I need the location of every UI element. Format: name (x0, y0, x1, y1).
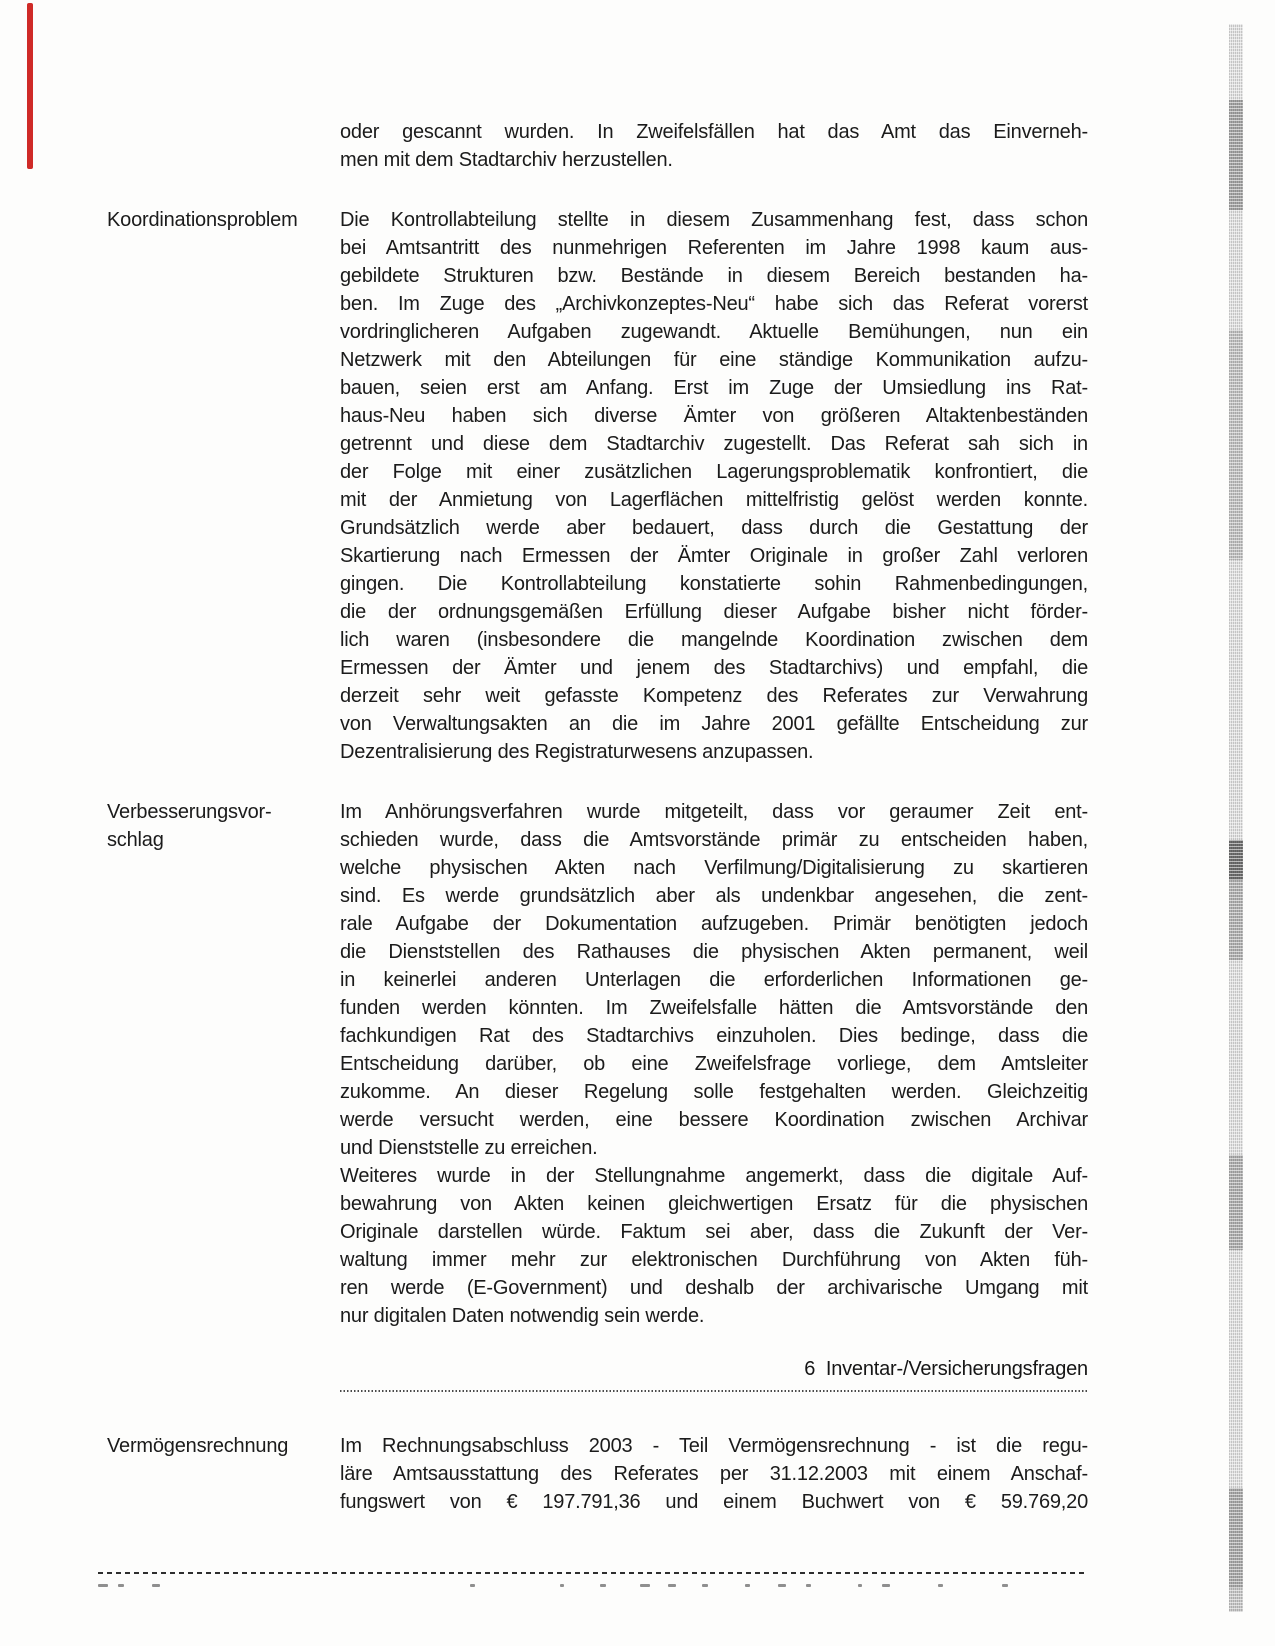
scan-noise-fragment (938, 1584, 943, 1587)
text-line: Koordinationsproblem (107, 206, 329, 234)
text-line: von Verwaltungsakten an die im Jahre 200… (340, 710, 1088, 738)
text-line: lich waren (insbesondere die mangelnde K… (340, 626, 1088, 654)
text-line: fungswert von € 197.791,36 und einem Buc… (340, 1488, 1088, 1516)
text-line: ben. Im Zuge des „Archivkonzeptes-Neu“ h… (340, 290, 1088, 318)
text-line: Skartierung nach Ermessen der Ämter Orig… (340, 542, 1088, 570)
text-line: oder gescannt wurden. In Zweifelsfällen … (340, 118, 1088, 146)
text-line: läre Amtsausstattung des Referates per 3… (340, 1460, 1088, 1488)
scan-noise-fragment (745, 1584, 750, 1587)
scan-noise-fragment (858, 1584, 862, 1587)
text-line: vordringlicheren Aufgaben zugewandt. Akt… (340, 318, 1088, 346)
scan-noise-fragment (1002, 1584, 1008, 1587)
scan-noise-fragment (560, 1584, 564, 1587)
paragraph-koordinationsproblem: Die Kontrollabteilung stellte in diesem … (340, 206, 1088, 766)
text-line: Im Anhörungsverfahren wurde mitgeteilt, … (340, 798, 1088, 826)
scanned-document-page: oder gescannt wurden. In Zweifelsfällen … (0, 0, 1275, 1646)
text-line: bauen, seien erst am Anfang. Erst im Zug… (340, 374, 1088, 402)
scan-noise-fragment (118, 1584, 124, 1587)
scan-noise-fragment (98, 1584, 108, 1587)
margin-label-koordinationsproblem: Koordinationsproblem (107, 206, 329, 234)
text-line: in keinerlei anderen Unterlagen die erfo… (340, 966, 1088, 994)
text-line: bewahrung von Akten keinen gleichwertige… (340, 1190, 1088, 1218)
scan-noise-fragment (778, 1584, 786, 1587)
text-line: zukomme. An dieser Regelung solle festge… (340, 1078, 1088, 1106)
text-line: funden werden könnten. Im Zweifelsfalle … (340, 994, 1088, 1022)
scan-noise-fragment (702, 1584, 708, 1587)
scan-noise-fragment (882, 1584, 890, 1587)
section-heading-inventar-versicherungsfragen: 6 Inventar-/Versicherungsfragen (340, 1358, 1088, 1390)
text-line: die Dienststellen des Rathauses die phys… (340, 938, 1088, 966)
text-line: Ermessen der Ämter und jenem des Stadtar… (340, 654, 1088, 682)
text-line: gebildete Strukturen bzw. Bestände in di… (340, 262, 1088, 290)
text-line: Grundsätzlich werde aber bedauert, dass … (340, 514, 1088, 542)
paragraph-vermoegensrechnung: Im Rechnungsabschluss 2003 - Teil Vermög… (340, 1432, 1088, 1516)
scan-noise-fragment (152, 1584, 160, 1587)
text-line: haus-Neu haben sich diverse Ämter von gr… (340, 402, 1088, 430)
scan-noise-segment (1229, 840, 1243, 880)
scan-noise-fragment (600, 1584, 606, 1587)
text-line: waltung immer mehr zur elektronischen Du… (340, 1246, 1088, 1274)
text-line: Im Rechnungsabschluss 2003 - Teil Vermög… (340, 1432, 1088, 1460)
scan-noise-segment (1229, 880, 1243, 960)
text-line: Entscheidung darüber, ob eine Zweifelsfr… (340, 1050, 1088, 1078)
scan-noise-segment (1229, 1488, 1243, 1588)
text-line: bei Amtsantritt des nunmehrigen Referent… (340, 234, 1088, 262)
text-line: welche physischen Akten nach Verfilmung/… (340, 854, 1088, 882)
scan-edge-noise-strip (1229, 24, 1243, 1612)
text-line: Netzwerk mit den Abteilungen für eine st… (340, 346, 1088, 374)
red-pen-scan-artifact (27, 3, 33, 169)
paragraph-continuation: oder gescannt wurden. In Zweifelsfällen … (340, 118, 1088, 174)
scan-noise-segment (1229, 100, 1243, 210)
text-line: schieden wurde, dass die Amtsvorstände p… (340, 826, 1088, 854)
scan-noise-fragment (470, 1584, 475, 1587)
scan-noise-segment (1229, 1588, 1243, 1612)
text-line: schlag (107, 826, 329, 854)
text-line: gingen. Die Kontrollabteilung konstatier… (340, 570, 1088, 598)
text-line: getrennt und diese dem Stadtarchiv zuges… (340, 430, 1088, 458)
scan-noise-fragment (806, 1584, 811, 1587)
text-line: und Dienststelle zu erreichen. (340, 1134, 1088, 1162)
text-line: Weiteres wurde in der Stellungnahme ange… (340, 1162, 1088, 1190)
scan-noise-segment (1229, 330, 1243, 560)
scan-noise-fragment (640, 1584, 650, 1587)
text-line: men mit dem Stadtarchiv herzustellen. (340, 146, 1088, 174)
text-line: mit der Anmietung von Lagerflächen mitte… (340, 486, 1088, 514)
text-line: ren werde (E-Government) und deshalb der… (340, 1274, 1088, 1302)
cutoff-footer-noise (0, 1584, 1275, 1588)
text-line: Vermögensrechnung (107, 1432, 329, 1460)
text-line: fachkundigen Rat des Stadtarchivs einzuh… (340, 1022, 1088, 1050)
scan-noise-segment (1229, 1155, 1243, 1250)
text-line: sind. Es werde grundsätzlich aber als un… (340, 882, 1088, 910)
text-line: der Folge mit einer zusätzlichen Lagerun… (340, 458, 1088, 486)
text-line: rale Aufgabe der Dokumentation aufzugebe… (340, 910, 1088, 938)
dotted-rule (340, 1390, 1088, 1392)
text-line: Die Kontrollabteilung stellte in diesem … (340, 206, 1088, 234)
text-line: Dezentralisierung des Registraturwesens … (340, 738, 1088, 766)
dashed-separator (98, 1572, 1088, 1574)
text-line: werde versucht werden, eine bessere Koor… (340, 1106, 1088, 1134)
margin-label-vermoegensrechnung: Vermögensrechnung (107, 1432, 329, 1460)
text-line: nur digitalen Daten notwendig sein werde… (340, 1302, 1088, 1330)
text-line: derzeit sehr weit gefasste Kompetenz des… (340, 682, 1088, 710)
margin-label-verbesserungsvorschlag: Verbesserungsvor-schlag (107, 798, 329, 854)
text-line: Verbesserungsvor- (107, 798, 329, 826)
paragraph-verbesserungsvorschlag: Im Anhörungsverfahren wurde mitgeteilt, … (340, 798, 1088, 1330)
section-heading-block: 6 Inventar-/Versicherungsfragen (340, 1358, 1088, 1392)
text-line: die der ordnungsgemäßen Erfüllung dieser… (340, 598, 1088, 626)
scan-noise-fragment (668, 1584, 676, 1587)
text-line: Originale darstellen würde. Faktum sei a… (340, 1218, 1088, 1246)
